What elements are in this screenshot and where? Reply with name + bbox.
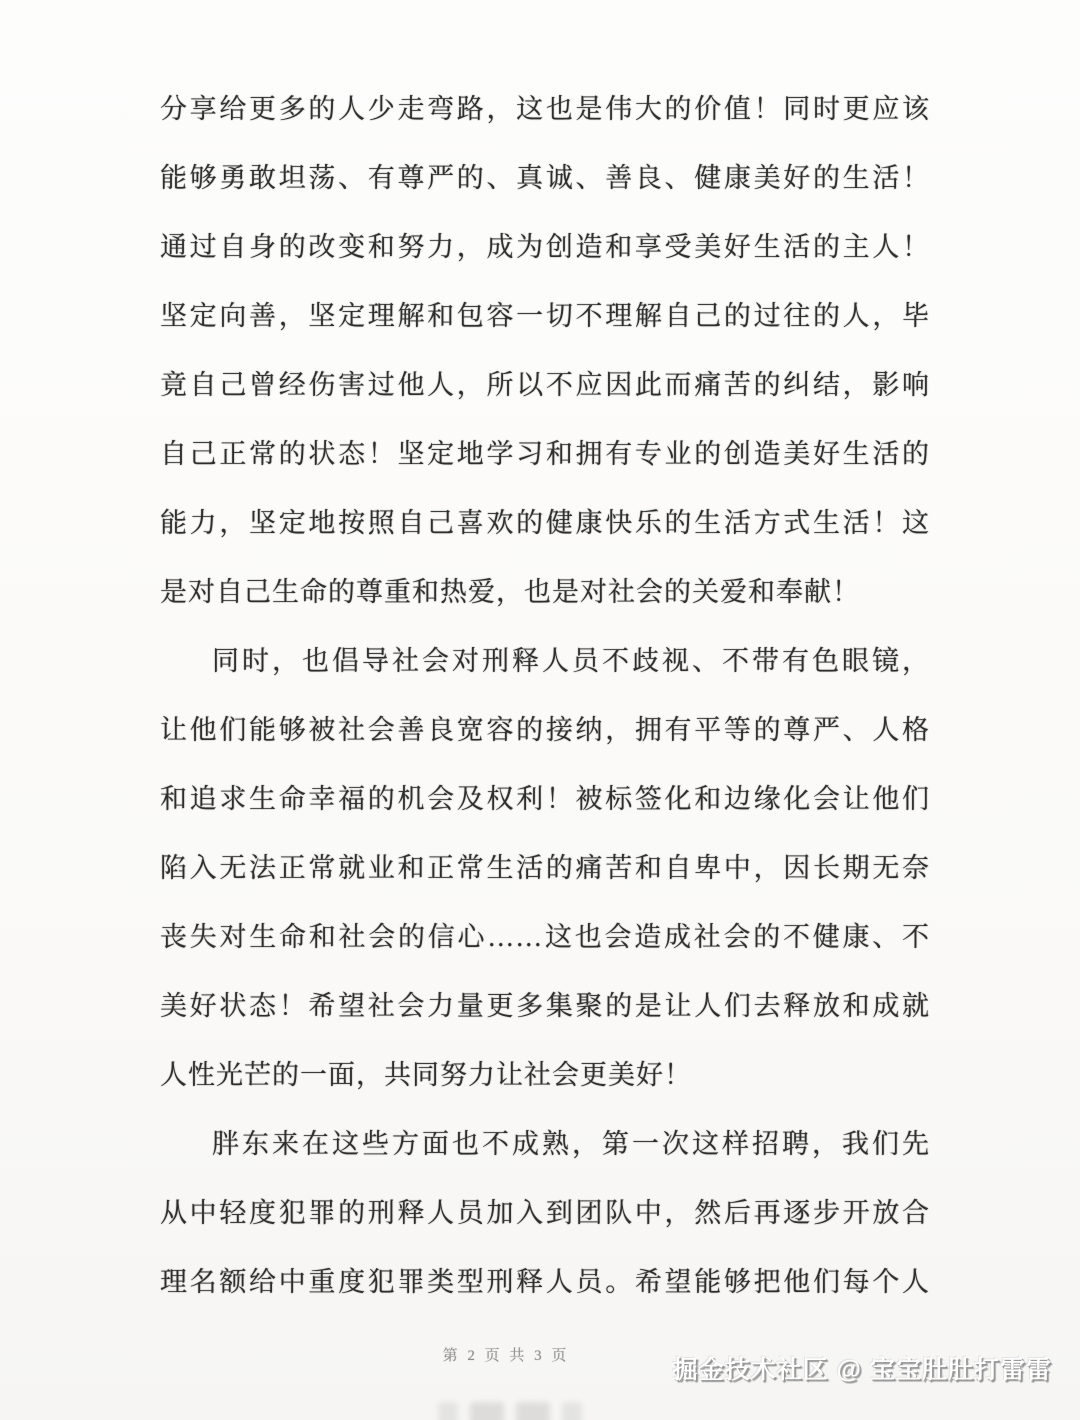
- paragraph-2: 同时，也倡导社会对刑释人员不歧视、不带有色眼镜， 让他们能够被社会善良宽容的接纳…: [160, 627, 930, 1110]
- document-page: 分享给更多的人少走弯路，这也是伟大的价值！同时更应该 能够勇敢坦荡、有尊严的、真…: [0, 0, 1080, 1420]
- text-line: 美好状态！希望社会力量更多集聚的是让人们去释放和成就: [160, 972, 930, 1041]
- artifact-blob: [438, 1402, 458, 1420]
- artifact-blob: [470, 1402, 504, 1420]
- text-line: 和追求生命幸福的机会及权利！被标签化和边缘化会让他们: [160, 765, 930, 834]
- artifact-blob: [516, 1402, 550, 1420]
- text-line: 能够勇敢坦荡、有尊严的、真诚、善良、健康美好的生活！: [160, 144, 930, 213]
- text-line: 能力，坚定地按照自己喜欢的健康快乐的生活方式生活！这: [160, 489, 930, 558]
- text-line: 是对自己生命的尊重和热爱，也是对社会的关爱和奉献！: [160, 558, 930, 627]
- paragraph-1: 分享给更多的人少走弯路，这也是伟大的价值！同时更应该 能够勇敢坦荡、有尊严的、真…: [160, 75, 930, 627]
- text-line: 同时，也倡导社会对刑释人员不歧视、不带有色眼镜，: [160, 627, 930, 696]
- text-line: 陷入无法正常就业和正常生活的痛苦和自卑中，因长期无奈: [160, 834, 930, 903]
- text-line: 竟自己曾经伤害过他人，所以不应因此而痛苦的纠结，影响: [160, 351, 930, 420]
- text-line: 让他们能够被社会善良宽容的接纳，拥有平等的尊严、人格: [160, 696, 930, 765]
- text-line: 分享给更多的人少走弯路，这也是伟大的价值！同时更应该: [160, 75, 930, 144]
- document-content: 分享给更多的人少走弯路，这也是伟大的价值！同时更应该 能够勇敢坦荡、有尊严的、真…: [160, 75, 930, 1317]
- text-line: 胖东来在这些方面也不成熟，第一次这样招聘，我们先: [160, 1110, 930, 1179]
- artifact-blob: [562, 1402, 582, 1420]
- text-line: 自己正常的状态！坚定地学习和拥有专业的创造美好生活的: [160, 420, 930, 489]
- text-line: 人性光芒的一面，共同努力让社会更美好！: [160, 1041, 930, 1110]
- text-line: 理名额给中重度犯罪类型刑释人员。希望能够把他们每个人: [160, 1248, 930, 1317]
- text-line: 从中轻度犯罪的刑释人员加入到团队中，然后再逐步开放合: [160, 1179, 930, 1248]
- paragraph-3: 胖东来在这些方面也不成熟，第一次这样招聘，我们先 从中轻度犯罪的刑释人员加入到团…: [160, 1110, 930, 1317]
- text-line: 通过自身的改变和努力，成为创造和享受美好生活的主人！: [160, 213, 930, 282]
- text-line: 丧失对生命和社会的信心……这也会造成社会的不健康、不: [160, 903, 930, 972]
- watermark: 掘金技术社区 @ 宝宝肚肚打雷雷: [673, 1350, 1052, 1386]
- cut-off-artifact: [438, 1402, 582, 1420]
- text-line: 坚定向善，坚定理解和包容一切不理解自己的过往的人，毕: [160, 282, 930, 351]
